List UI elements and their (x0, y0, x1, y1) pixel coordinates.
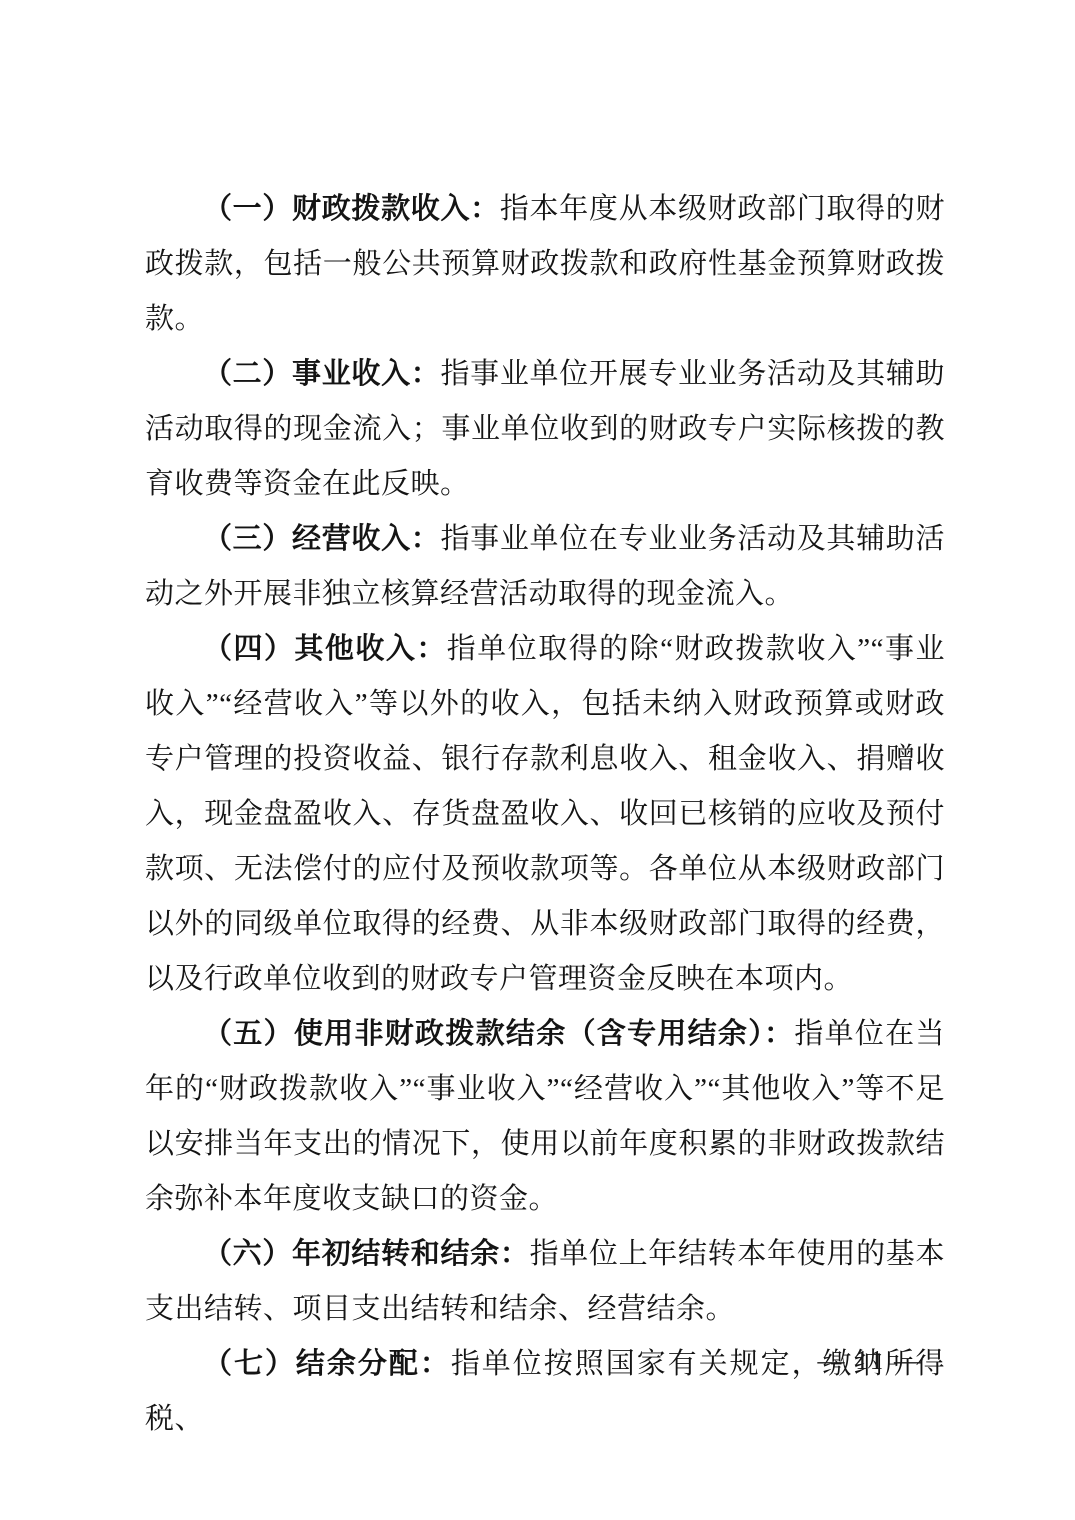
paragraph-other-income: （四）其他收入：指单位取得的除“财政拨款收入”“事业收入”“经营收入”等以外的收… (145, 622, 945, 1007)
paragraph-fiscal-appropriation-income: （一）财政拨款收入：指本年度从本级财政部门取得的财政拨款，包括一般公共预算财政拨… (145, 182, 945, 347)
term-heading: （七）结余分配： (203, 1348, 451, 1380)
paragraph-non-fiscal-surplus: （五）使用非财政拨款结余（含专用结余）：指单位在当年的“财政拨款收入”“事业收入… (145, 1007, 945, 1227)
paragraph-business-income: （三）经营收入：指事业单位在专业业务活动及其辅助活动之外开展非独立核算经营活动取… (145, 512, 945, 622)
page-number: — 11 — (818, 1342, 924, 1378)
paragraph-operating-income-public: （二）事业收入：指事业单位开展专业业务活动及其辅助活动取得的现金流入；事业单位收… (145, 347, 945, 512)
term-heading: （一）财政拨款收入： (203, 193, 500, 225)
paragraph-carryover-balance: （六）年初结转和结余：指单位上年结转本年使用的基本支出结转、项目支出结转和结余、… (145, 1227, 945, 1337)
term-heading: （二）事业收入： (203, 358, 441, 390)
term-heading: （五）使用非财政拨款结余（含专用结余）： (203, 1018, 794, 1050)
document-page: （一）财政拨款收入：指本年度从本级财政部门取得的财政拨款，包括一般公共预算财政拨… (0, 0, 1075, 1520)
term-heading: （四）其他收入： (203, 633, 447, 665)
document-text-block: （一）财政拨款收入：指本年度从本级财政部门取得的财政拨款，包括一般公共预算财政拨… (145, 182, 945, 1447)
term-definition: 指单位取得的除“财政拨款收入”“事业收入”“经营收入”等以外的收入，包括未纳入财… (145, 633, 945, 995)
term-heading: （六）年初结转和结余： (203, 1238, 530, 1270)
term-heading: （三）经营收入： (203, 523, 441, 555)
